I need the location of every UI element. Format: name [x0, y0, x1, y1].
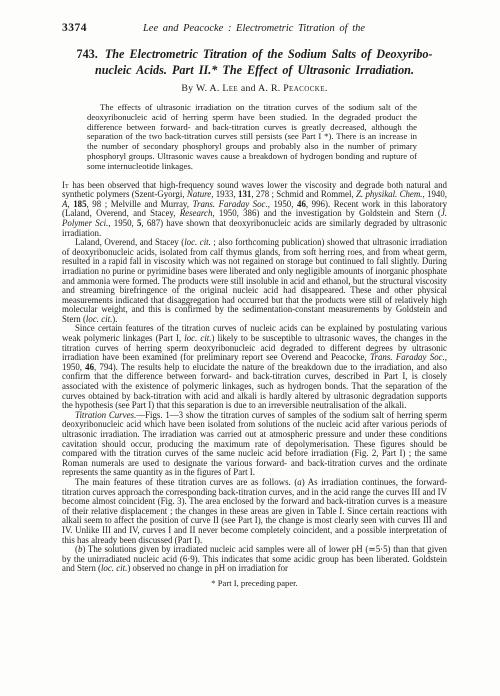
- running-title: Lee and Peacocke : Electrometric Titrati…: [87, 23, 447, 34]
- article-body: It has been observed that high-frequency…: [62, 181, 447, 574]
- abstract: The effects of ultrasonic irradiation on…: [87, 103, 417, 172]
- footnote: * Part I, preceding paper.: [62, 578, 447, 588]
- article-title-block: 743.The Electrometric Titration of the S…: [62, 46, 447, 78]
- paragraph: The main features of these titration cur…: [62, 478, 447, 545]
- scanned-journal-page: 3374 Lee and Peacocke : Electrometric Ti…: [0, 0, 500, 696]
- paragraph: Laland, Overend, and Stacey (loc. cit. ;…: [62, 238, 447, 324]
- article-number: 743.: [76, 47, 97, 61]
- paragraph: Titration Curves.—Figs. 1—3 show the tit…: [62, 411, 447, 478]
- paragraph: It has been observed that high-frequency…: [62, 181, 447, 239]
- paragraph: Since certain features of the titration …: [62, 324, 447, 410]
- page-number: 3374: [62, 22, 87, 34]
- paragraph: (b) The solutions given by irradiated nu…: [62, 545, 447, 574]
- running-head: 3374 Lee and Peacocke : Electrometric Ti…: [62, 22, 447, 34]
- article-title-line-1: 743.The Electrometric Titration of the S…: [62, 46, 447, 62]
- article-title-line-2: nucleic Acids. Part II.* The Effect of U…: [62, 62, 447, 78]
- byline: By W. A. Lee and A. R. Peacocke.: [62, 83, 447, 94]
- article-title-text-1: The Electrometric Titration of the Sodiu…: [105, 47, 433, 61]
